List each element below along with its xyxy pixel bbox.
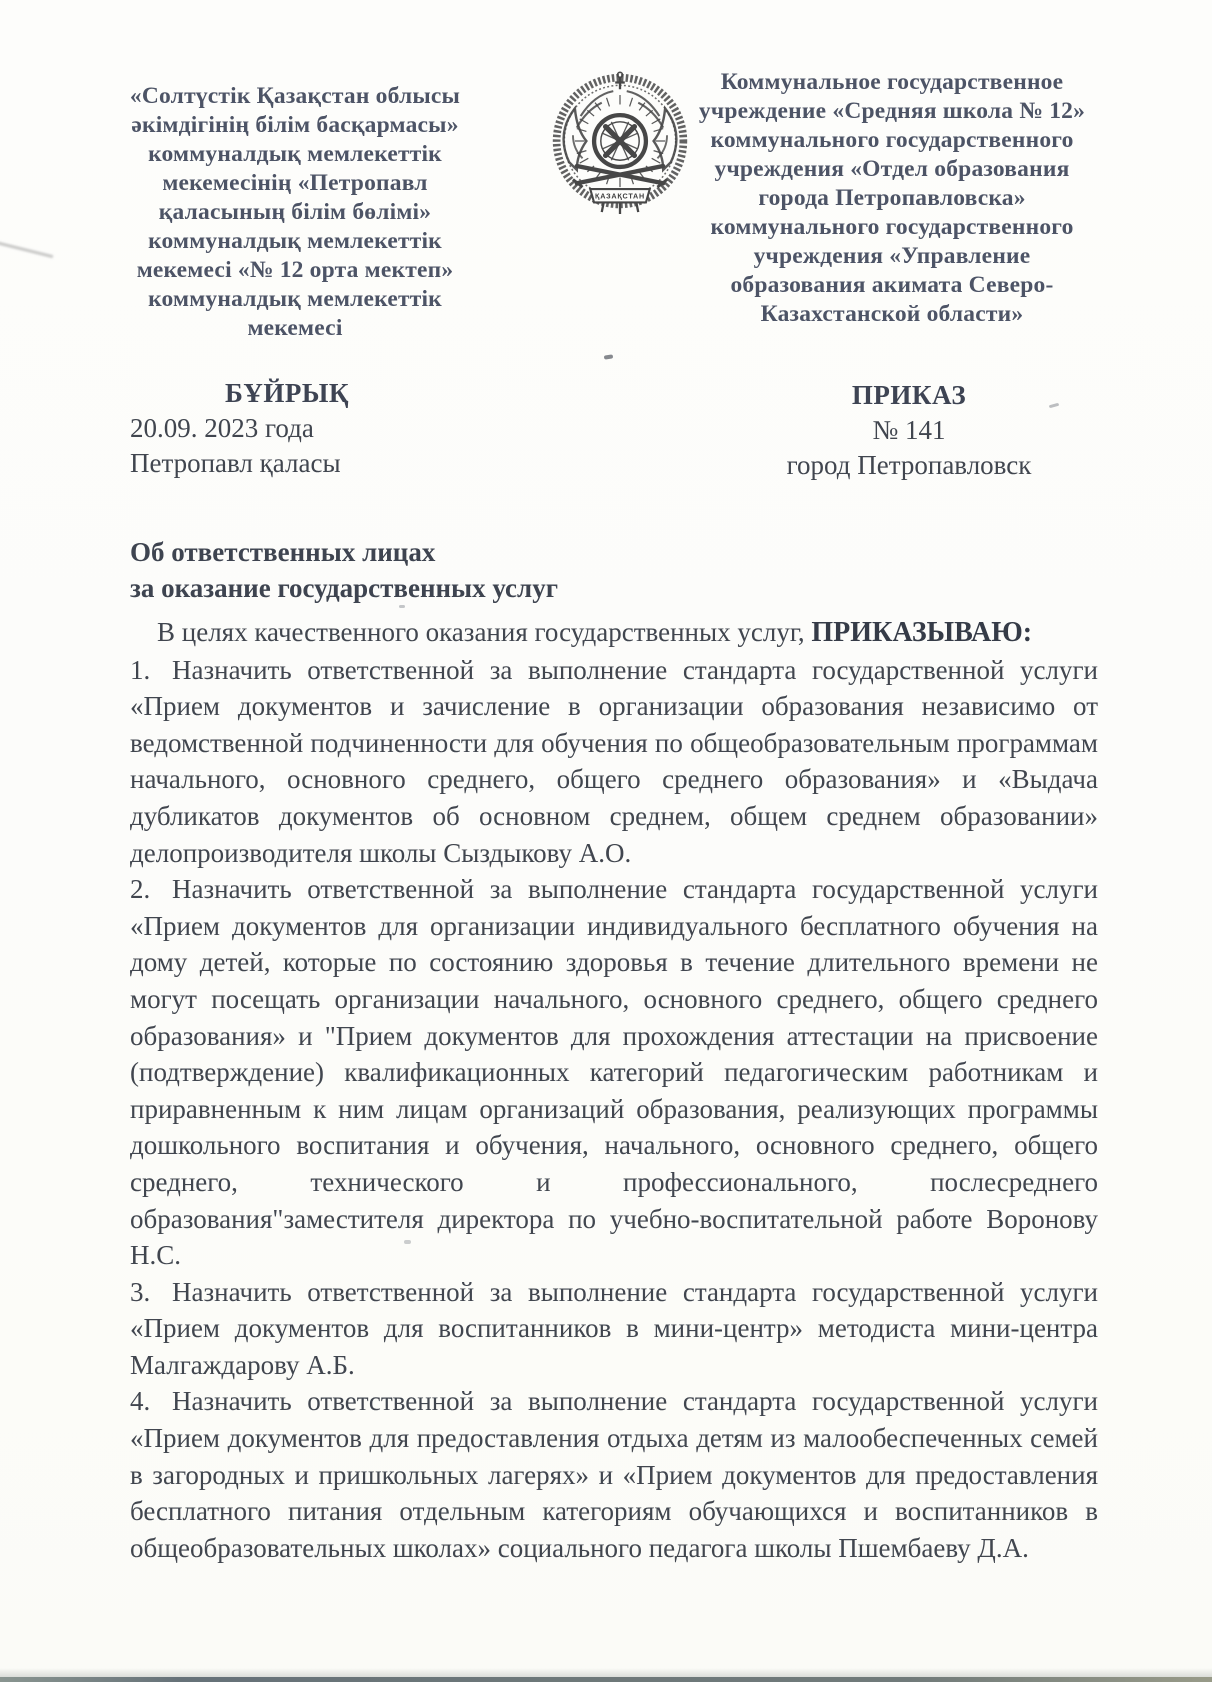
order-item-1: 1.Назначить ответственной за выполнение … (130, 652, 1098, 872)
order-number: № 141 (742, 413, 1076, 448)
scan-speck (399, 605, 405, 608)
item-number: 4. (130, 1383, 172, 1420)
intro-paragraph: В целях качественного оказания государст… (130, 614, 1098, 652)
order-title-kk: БҰЙРЫҚ (130, 376, 444, 411)
scan-edge-artifact (0, 241, 53, 258)
intro-text: В целях качественного оказания государст… (157, 617, 811, 647)
intro-emphasis: ПРИКАЗЫВАЮ: (811, 617, 1032, 648)
item-number: 2. (130, 871, 172, 908)
subject-line-1: Об ответственных лицах (130, 534, 890, 570)
order-item-4: 4.Назначить ответственной за выполнение … (130, 1383, 1098, 1566)
order-meta-kazakh: БҰЙРЫҚ 20.09. 2023 года Петропавл қаласы (130, 376, 444, 481)
scanned-order-page: «Солтүстік Қазақстан облысы әкімдігінің … (0, 0, 1212, 1682)
order-item-3: 3.Назначить ответственной за выполнение … (130, 1274, 1098, 1384)
order-city-kk: Петропавл қаласы (130, 446, 444, 481)
scan-speck (604, 354, 613, 359)
item-text: Назначить ответственной за выполнение ст… (130, 655, 1098, 868)
order-title-ru: ПРИКАЗ (742, 378, 1076, 413)
order-subject: Об ответственных лицах за оказание госуд… (130, 534, 890, 606)
org-name-kazakh: «Солтүстік Қазақстан облысы әкімдігінің … (122, 82, 468, 343)
item-text: Назначить ответственной за выполнение ст… (130, 1277, 1098, 1380)
item-text: Назначить ответственной за выполнение ст… (130, 1386, 1098, 1562)
order-date: 20.09. 2023 года (130, 411, 444, 446)
subject-line-2: за оказание государственных услуг (130, 570, 890, 606)
kazakhstan-coat-of-arms-icon: ҚАЗАҚСТАН (548, 64, 692, 220)
item-text: Назначить ответственной за выполнение ст… (130, 874, 1098, 1270)
emblem-banner-text: ҚАЗАҚСТАН (595, 192, 645, 201)
org-name-russian: Коммунальное государственное учреждение … (696, 68, 1088, 329)
item-number: 1. (130, 652, 172, 689)
order-meta-russian: ПРИКАЗ № 141 город Петропавловск (742, 378, 1076, 483)
scan-bottom-edge (0, 1677, 1212, 1682)
order-city-ru: город Петропавловск (742, 448, 1076, 483)
order-item-2: 2.Назначить ответственной за выполнение … (130, 871, 1098, 1274)
scan-speck (404, 1240, 411, 1244)
scan-bottom-shadow (0, 1668, 1212, 1677)
order-body: В целях качественного оказания государст… (130, 614, 1098, 1566)
item-number: 3. (130, 1274, 172, 1311)
